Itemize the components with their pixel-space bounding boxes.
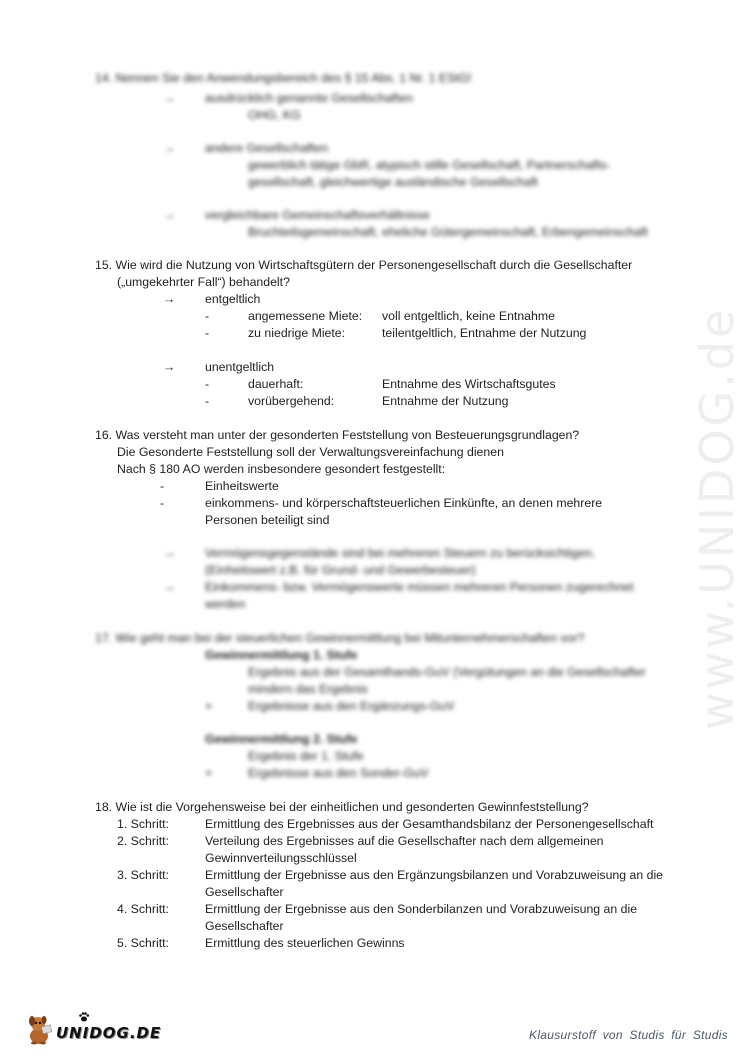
arrow-icon: → <box>163 359 175 376</box>
arrow-icon: → <box>163 579 175 596</box>
document-page: www.UNIDOG.de 14. Nennen Sie den Anwendu… <box>0 0 750 1059</box>
arrow-icon: → <box>163 140 175 157</box>
dash-icon: - <box>205 325 209 342</box>
dash-icon: - <box>205 376 209 393</box>
paw-icon <box>78 1011 90 1023</box>
dash-icon: - <box>205 308 209 325</box>
arrow-icon: → <box>163 291 175 308</box>
dog-icon <box>24 1012 58 1046</box>
arrow-icon: → <box>163 207 175 224</box>
question-text: 17. Wie geht man bei der steuerlichen Ge… <box>95 630 584 647</box>
question-text: 14. Nennen Sie den Anwendungsbereich des… <box>95 70 472 87</box>
plus-icon: + <box>205 765 212 782</box>
dash-icon: - <box>205 393 209 410</box>
dash-icon: - <box>160 478 164 495</box>
plus-icon: + <box>205 698 212 715</box>
question-text: 16. Was versteht man unter der gesondert… <box>95 427 579 444</box>
arrow-icon: → <box>163 90 175 107</box>
dash-icon: - <box>160 495 164 512</box>
arrow-icon: → <box>163 545 175 562</box>
unidog-logo[interactable]: UNIDOG.DE <box>24 1010 164 1046</box>
logo-text: UNIDOG.DE <box>56 1024 161 1042</box>
question-text: 18. Wie ist die Vorgehensweise bei der e… <box>95 799 589 816</box>
footer-tagline: Klausurstoff von Studis für Studis <box>529 1028 728 1042</box>
